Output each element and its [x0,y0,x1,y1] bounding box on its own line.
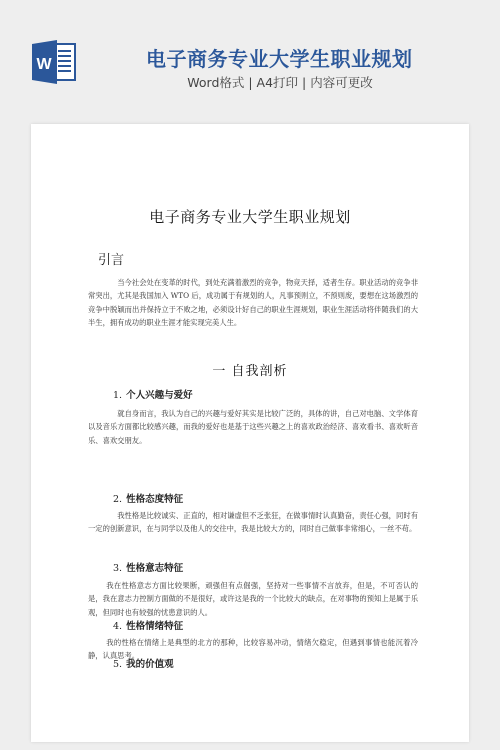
subsection-number: 4. [113,621,122,632]
word-icon: W [31,40,77,84]
intro-heading: 引言 [98,249,124,268]
subsection-paragraph: 我性格是比较诚实、正直的，相对谦虚但不乏张狂，在做事情时认真勤奋，责任心强，同时… [88,509,418,536]
subsection-title: 性格态度特征 [126,494,183,505]
subsection-title: 个人兴趣与爱好 [126,390,193,401]
intro-paragraph: 当今社会处在变革的时代，到处充满着激烈的竞争，物竞天择，适者生存。职业活动的竞争… [88,276,418,329]
svg-text:W: W [36,56,52,73]
subsection-number: 3. [113,563,122,574]
document-title: 电子商务专业大学生职业规划 [31,206,469,227]
subsection-title: 性格情绪特征 [126,621,183,632]
subsection-title: 我的价值观 [126,659,174,670]
subsection-heading: 3.性格意志特征 [113,560,183,574]
subsection-number: 5. [113,659,122,670]
section-heading: 一 自我剖析 [31,360,469,379]
subsection-number: 1. [113,390,122,401]
banner-title: 电子商务专业大学生职业规划 [146,43,406,72]
document-page: 电子商务专业大学生职业规划 引言 当今社会处在变革的时代，到处充满着激烈的竞争，… [31,124,469,742]
banner-subtitle: Word格式 | A4打印 | 内容可更改 [180,73,380,91]
subsection-heading: 1.个人兴趣与爱好 [113,387,193,401]
banner-header: W 电子商务专业大学生职业规划 Word格式 | A4打印 | 内容可更改 [0,0,500,124]
subsection-paragraph: 我在性格意志方面比较果断，顽强但有点倔强，坚持对一些事情不言放弃，但是，不可否认… [88,579,418,619]
subsection-heading: 4.性格情绪特征 [113,618,183,632]
subsection-heading: 2.性格态度特征 [113,491,183,505]
subsection-paragraph: 就自身而言，我认为自己的兴趣与爱好其实是比较广泛的，具体的讲，自己对电脑、文学体… [88,407,418,447]
subsection-number: 2. [113,494,122,505]
subsection-title: 性格意志特征 [126,563,183,574]
subsection-heading: 5.我的价值观 [113,656,174,670]
